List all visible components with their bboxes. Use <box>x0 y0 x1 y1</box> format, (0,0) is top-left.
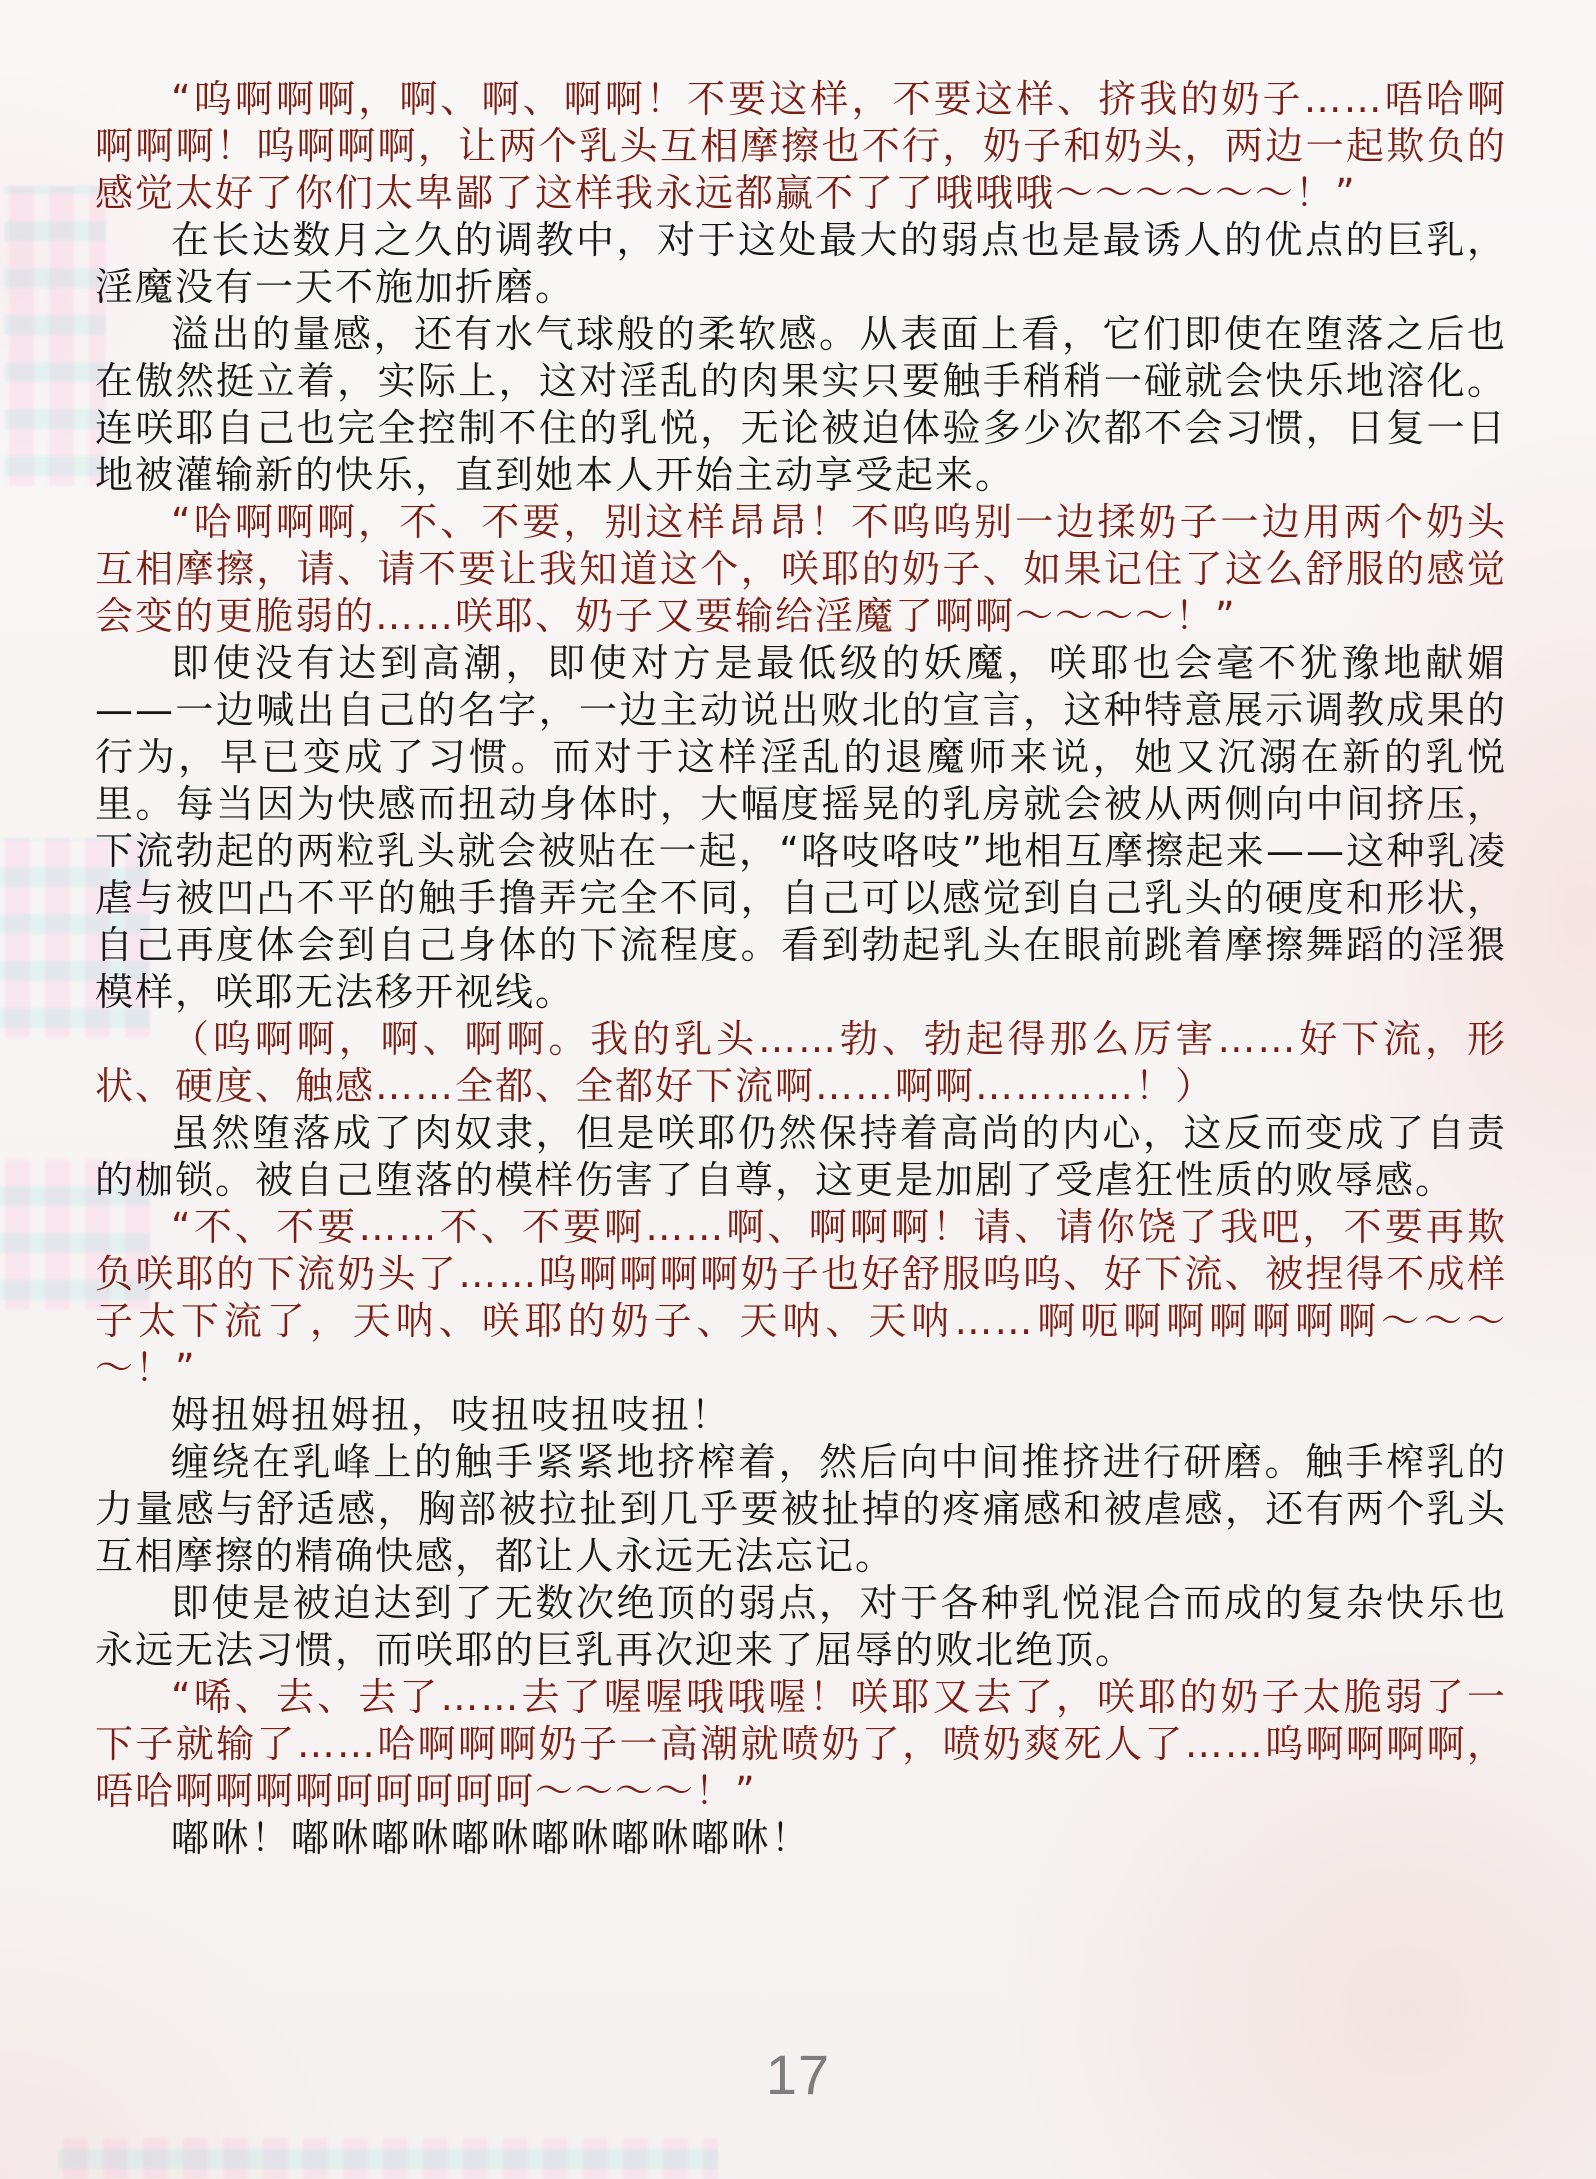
paragraph-thought: （呜啊啊，啊、啊啊。我的乳头……勃、勃起得那么厉害……好下流，形状、硬度、触感…… <box>95 1016 1507 1110</box>
paragraph-dialogue: “哈啊啊啊，不、不要，别这样昂昂！不呜呜别一边揉奶子一边用两个奶头互相摩擦，请、… <box>95 499 1507 640</box>
ghost-print-artifact <box>58 2138 718 2179</box>
paragraph-narration: 在长达数月之久的调教中，对于这处最大的弱点也是最诱人的优点的巨乳，淫魔没有一天不… <box>95 217 1507 311</box>
ghost-print-artifact <box>4 186 106 486</box>
paragraph-narration: 姆扭姆扭姆扭，吱扭吱扭吱扭！ <box>95 1392 1507 1439</box>
paragraph-narration: 即使没有达到高潮，即使对方是最低级的妖魔，咲耶也会毫不犹豫地献媚——一边喊出自己… <box>95 640 1507 1016</box>
paragraph-narration: 虽然堕落成了肉奴隶，但是咲耶仍然保持着高尚的内心，这反而变成了自责的枷锁。被自己… <box>95 1110 1507 1204</box>
paragraph-narration: 缠绕在乳峰上的触手紧紧地挤榨着，然后向中间推挤进行研磨。触手榨乳的力量感与舒适感… <box>95 1439 1507 1580</box>
page-number: 17 <box>0 2042 1596 2107</box>
text-block: “呜啊啊啊，啊、啊、啊啊！不要这样，不要这样、挤我的奶子……唔哈啊啊啊啊！呜啊啊… <box>95 76 1507 1862</box>
paragraph-dialogue: “唏、去、去了……去了喔喔哦哦喔！咲耶又去了，咲耶的奶子太脆弱了一下子就输了……… <box>95 1674 1507 1815</box>
paragraph-narration: 溢出的量感，还有水气球般的柔软感。从表面上看，它们即使在堕落之后也在傲然挺立着，… <box>95 311 1507 499</box>
paragraph-narration: 即使是被迫达到了无数次绝顶的弱点，对于各种乳悦混合而成的复杂快乐也永远无法习惯，… <box>95 1580 1507 1674</box>
paragraph-dialogue: “呜啊啊啊，啊、啊、啊啊！不要这样，不要这样、挤我的奶子……唔哈啊啊啊啊！呜啊啊… <box>95 76 1507 217</box>
paragraph-narration: 嘟咻！嘟咻嘟咻嘟咻嘟咻嘟咻嘟咻！ <box>95 1815 1507 1862</box>
paragraph-dialogue: “不、不要……不、不要啊……啊、啊啊啊！请、请你饶了我吧，不要再欺负咲耶的下流奶… <box>95 1204 1507 1392</box>
novel-page: “呜啊啊啊，啊、啊、啊啊！不要这样，不要这样、挤我的奶子……唔哈啊啊啊啊！呜啊啊… <box>0 0 1596 2179</box>
